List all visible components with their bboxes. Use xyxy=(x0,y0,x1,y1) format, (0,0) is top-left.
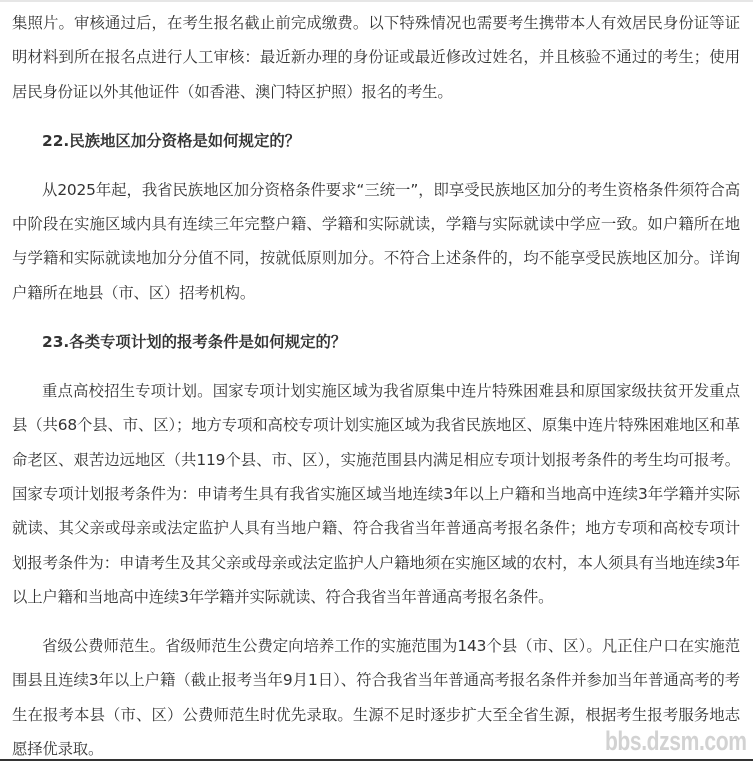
section-heading-23: 23.各类专项计划的报考条件是如何规定的？ xyxy=(12,325,740,359)
site-watermark: bbs.dzsm.com xyxy=(605,726,747,757)
section-heading-22: 22.民族地区加分资格是如何规定的？ xyxy=(12,124,740,158)
section-23-paragraph-special-plans: 重点高校招生专项计划。国家专项计划实施区域为我省原集中连片特殊困难县和原国家级扶… xyxy=(12,374,740,614)
spacer xyxy=(12,310,740,325)
spacer xyxy=(12,158,740,173)
article-body: 集照片。审核通过后，在考生报名截止前完成缴费。以下特殊情况也需要考生携带本人有效… xyxy=(12,6,740,761)
spacer xyxy=(12,109,740,124)
spacer xyxy=(12,614,740,629)
top-divider xyxy=(0,0,753,2)
section-22-paragraph: 从2025年起，我省民族地区加分资格条件要求“三统一”，即享受民族地区加分的考生… xyxy=(12,173,740,310)
intro-paragraph: 集照片。审核通过后，在考生报名截止前完成缴费。以下特殊情况也需要考生携带本人有效… xyxy=(12,6,740,109)
spacer xyxy=(12,359,740,374)
